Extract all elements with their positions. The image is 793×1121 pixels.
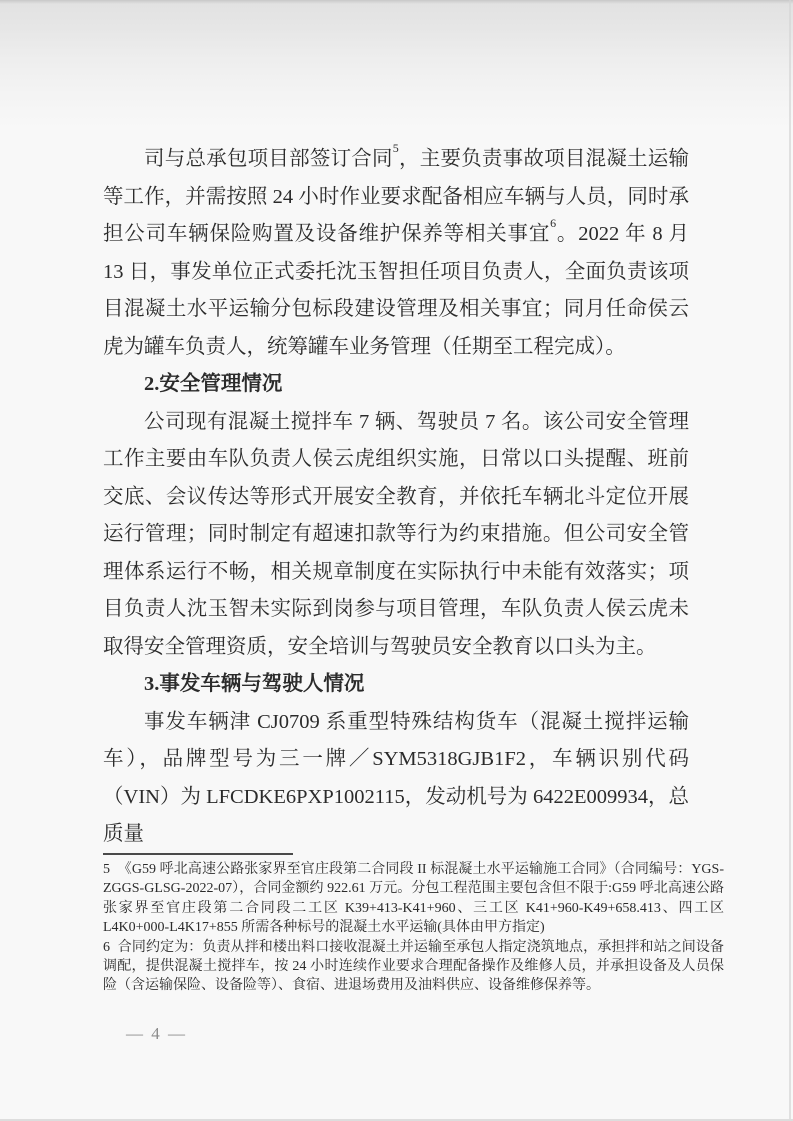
footnote-marker: 6 [103,940,118,955]
paragraph-safety-management: 公司现有混凝土搅拌车 7 辆、驾驶员 7 名。该公司安全管理工作主要由车队负责人… [103,404,689,667]
paragraph-vehicle-info: 事发车辆津 CJ0709 系重型特殊结构货车（混凝土搅拌运输车），品牌型号为三一… [103,704,689,854]
section-heading-vehicle-driver: 3.事发车辆与驾驶人情况 [103,666,689,704]
paragraph-subcontract-duties: 司与总承包项目部签订合同5，主要负责事故项目混凝土运输等工作，并需按照 24 小… [103,141,689,366]
section-heading-safety-management: 2.安全管理情况 [103,366,689,404]
footnote-ref-5: 5 [393,141,399,155]
paragraph-text: 司与总承包项目部签订合同 [144,148,393,170]
document-body: 司与总承包项目部签订合同5，主要负责事故项目混凝土运输等工作，并需按照 24 小… [103,141,689,854]
footnote-marker: 5 [103,862,118,877]
footnote-ref-6: 6 [550,216,556,230]
footnotes-block: 5《G59 呼北高速公路张家界至官庄段第二合同段 II 标混凝土水平运输施工合同… [103,853,724,996]
page-number: — 4 — [126,1024,187,1044]
scan-edge-right [789,0,791,1121]
footnote-6: 6合同约定为：负责从拌和楼出料口接收混凝土并运输至承包人指定浇筑地点，承担拌和站… [103,938,724,996]
footnote-separator [103,853,293,855]
footnote-text: 合同约定为：负责从拌和楼出料口接收混凝土并运输至承包人指定浇筑地点，承担拌和站之… [103,940,724,994]
scanned-page: 司与总承包项目部签订合同5，主要负责事故项目混凝土运输等工作，并需按照 24 小… [0,0,793,1121]
footnote-5: 5《G59 呼北高速公路张家界至官庄段第二合同段 II 标混凝土水平运输施工合同… [103,860,724,938]
footnote-text: 《G59 呼北高速公路张家界至官庄段第二合同段 II 标混凝土水平运输施工合同》… [103,862,724,935]
